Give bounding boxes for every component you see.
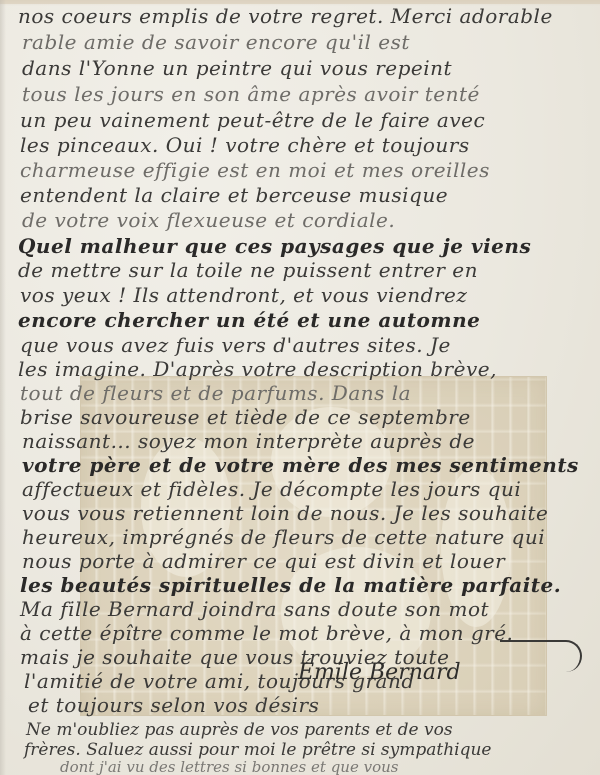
postscript-line: dont j'ai vu des lettres si bonnes et qu… (60, 758, 398, 775)
letter-line: Ma fille Bernard joindra sans doute son … (20, 597, 489, 621)
letter-line: naissant... soyez mon interprète auprès … (22, 429, 475, 453)
letter-line: charmeuse effigie est en moi et mes orei… (20, 158, 490, 182)
letter-line: votre père et de votre mère des mes sent… (22, 453, 579, 477)
letter-line: à cette épître comme le mot brève, à mon… (20, 621, 513, 645)
letter-line: heureux, imprégnés de fleurs de cette na… (22, 525, 545, 549)
letter-line: vos yeux ! Ils attendront, et vous viend… (20, 283, 467, 307)
letter-line: et toujours selon vos désirs (28, 693, 319, 717)
letter-line: les pinceaux. Oui ! votre chère et toujo… (20, 133, 470, 157)
letter-line: que vous avez fuis vers d'autres sites. … (20, 333, 451, 357)
signature-flourish (500, 640, 582, 672)
letter-line: de mettre sur la toile ne puissent entre… (18, 258, 478, 282)
letter-line: vous vous retiennent loin de nous. Je le… (22, 501, 548, 525)
postscript-line: Ne m'oubliez pas auprès de vos parents e… (26, 720, 453, 740)
letter-line: de votre voix flexueuse et cordiale. (22, 208, 395, 232)
postscript-line: frères. Saluez aussi pour moi le prêtre … (24, 740, 491, 760)
letter-line: tous les jours en son âme après avoir te… (22, 82, 480, 106)
letter-page: nos coeurs emplis de votre regret. Merci… (0, 0, 600, 775)
letter-line: rable amie de savoir encore qu'il est (22, 30, 410, 54)
letter-line: brise savoureuse et tiède de ce septembr… (20, 405, 471, 429)
letter-line: nos coeurs emplis de votre regret. Merci… (18, 4, 553, 28)
letter-line: Quel malheur que ces paysages que je vie… (18, 234, 531, 258)
letter-line: un peu vainement peut-être de le faire a… (20, 108, 485, 132)
paper-left-edge (0, 0, 6, 775)
letter-line: encore chercher un été et une automne (18, 308, 480, 332)
letter-line: dans l'Yonne un peintre qui vous repeint (22, 56, 452, 80)
signature: Émile Bernard (298, 660, 461, 685)
letter-line: affectueux et fidèles. Je décompte les j… (22, 477, 521, 501)
letter-line: les beautés spirituelles de la matière p… (20, 573, 561, 597)
letter-line: entendent la claire et berceuse musique (20, 183, 448, 207)
letter-line: tout de fleurs et de parfums. Dans la (20, 381, 411, 405)
letter-line: nous porte à admirer ce qui est divin et… (22, 549, 505, 573)
letter-line: les imagine. D'après votre description b… (18, 357, 497, 381)
